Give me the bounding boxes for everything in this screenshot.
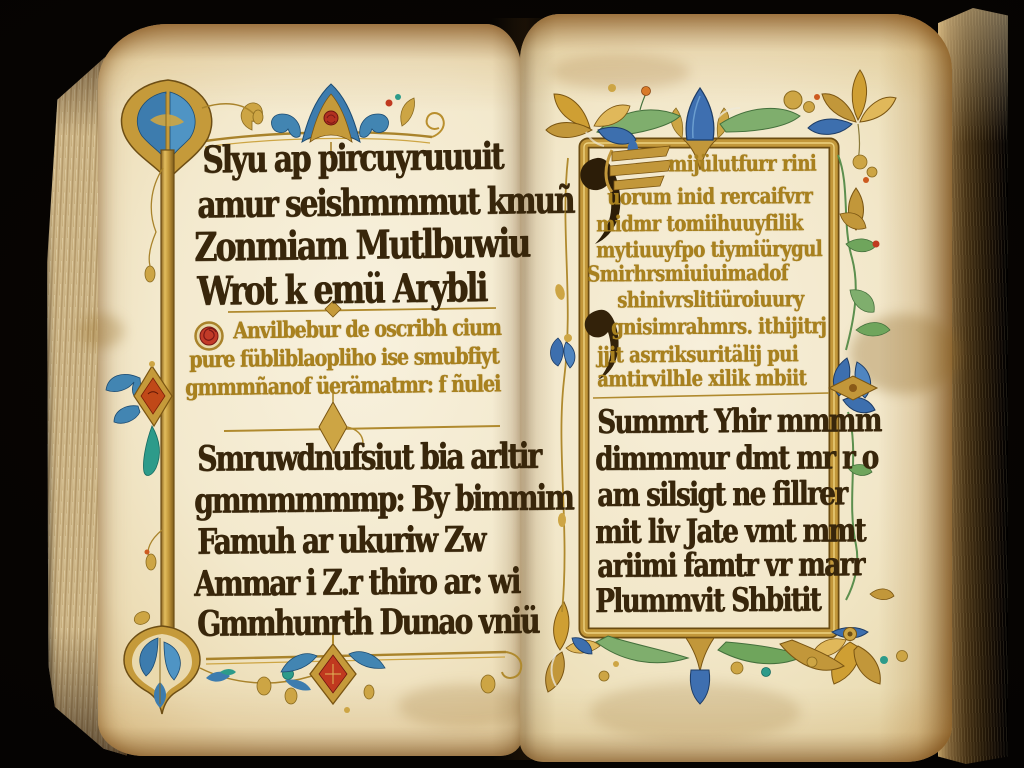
dark-pen-initial [585, 310, 619, 380]
right-page-illumination [546, 70, 908, 704]
gold-bud [145, 266, 155, 282]
rosette-medallion-core [200, 327, 218, 345]
blue-spike-finial [686, 88, 714, 140]
orange-bud [814, 94, 820, 100]
scroll-end-flourish [427, 113, 444, 137]
gold-leaf-curl [401, 98, 415, 126]
red-bud [386, 100, 393, 107]
inner-separator-rule [593, 393, 829, 398]
diamond-fleuron-small [325, 301, 341, 317]
divider-rule [224, 426, 500, 431]
diamond-fleuron [319, 402, 347, 452]
scroll-end-flourish [502, 652, 521, 678]
orange-bud [145, 550, 150, 555]
gold-berry [784, 91, 802, 109]
gold-initial-flourish [606, 146, 672, 192]
frame-top-notch-leaf [683, 139, 717, 170]
gold-bud [481, 675, 495, 693]
gold-berry [804, 102, 815, 113]
diamond-pendant [281, 634, 385, 713]
illumination-ornaments [0, 0, 1024, 768]
teal-bud [395, 94, 401, 100]
gold-frame-outer [584, 143, 834, 633]
top-border-rule [205, 138, 430, 147]
gold-bud [146, 554, 156, 570]
gold-berry [608, 84, 616, 92]
heart-leaf-corner [122, 80, 263, 180]
orange-bud [642, 87, 651, 96]
gold-wing-curl [671, 108, 683, 138]
bottom-border-foliage [596, 636, 844, 704]
green-scroll-leaf [720, 108, 800, 132]
gutter-vine [551, 158, 575, 612]
acanthus-corner-top-right [808, 70, 896, 230]
divider-rule [228, 308, 496, 312]
photo-illuminated-manuscript: Slyu ap pircuyruuuit amur seishmmmut kmu… [0, 0, 1024, 768]
gold-frame-highlight [584, 143, 834, 633]
gold-frame [584, 143, 834, 633]
left-page-illumination [106, 80, 521, 714]
